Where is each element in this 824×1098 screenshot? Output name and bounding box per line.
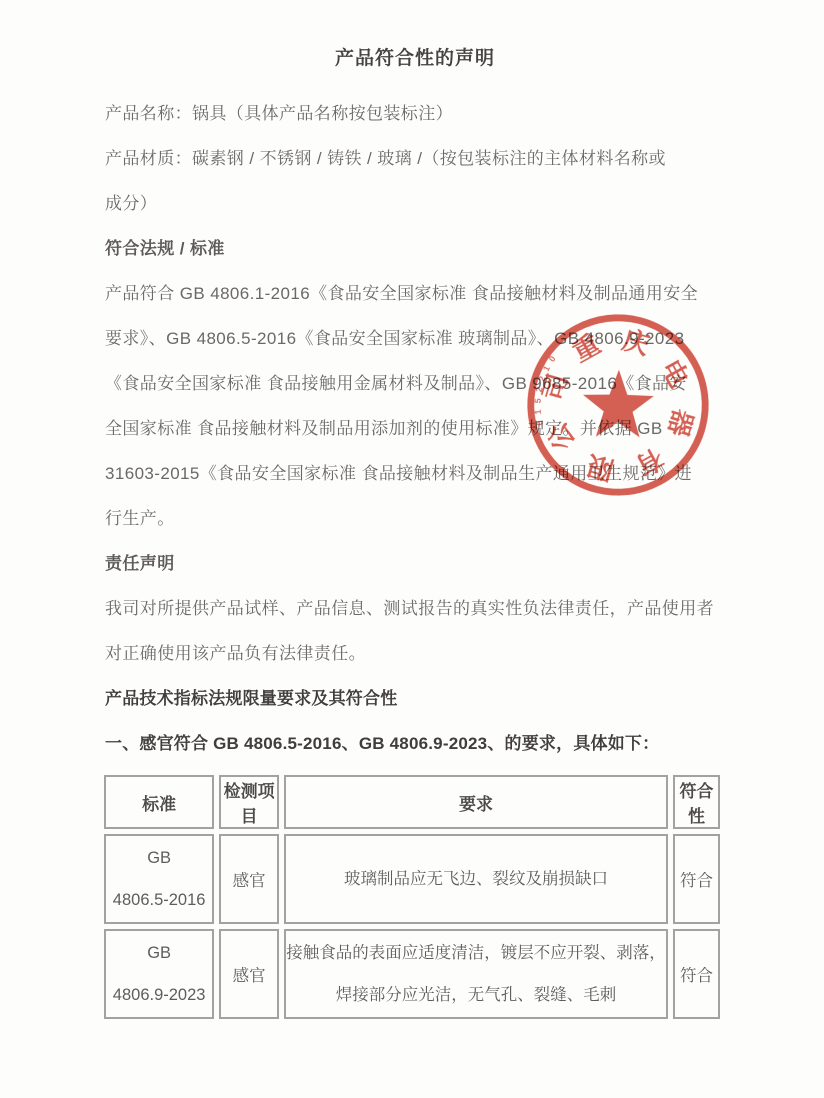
requirement-cell: 接触食品的表面应适度清洁，镀层不应开裂、剥落，焊接部分应光洁，无气孔、裂缝、毛刺	[284, 929, 668, 1019]
doc-body: 产品符合性的声明 产品名称：锅具（具体产品名称按包装标注）产品材质：碳素钢 / …	[105, 36, 725, 1024]
table-header-row: 标准检测项目要求符合性	[104, 775, 720, 829]
standard-cell: GB4806.9-2023	[104, 929, 214, 1019]
table-row: GB4806.5-2016感官玻璃制品应无飞边、裂纹及崩损缺口符合	[104, 834, 720, 924]
section-heading: 责任声明	[105, 541, 725, 586]
section-heading: 产品技术指标法规限量要求及其符合性	[105, 676, 725, 721]
standard-cell: GB4806.5-2016	[104, 834, 214, 924]
table-row: GB4806.9-2023感官接触食品的表面应适度清洁，镀层不应开裂、剥落，焊接…	[104, 929, 720, 1019]
paragraph-line: 行生产。	[105, 496, 725, 541]
paragraph-line: 31603-2015《食品安全国家标准 食品接触材料及制品生产通用卫生规范》进	[105, 451, 725, 496]
paragraph-line: 产品符合 GB 4806.1-2016《食品安全国家标准 食品接触材料及制品通用…	[105, 271, 725, 316]
table-header-cell: 标准	[104, 775, 214, 829]
paragraph-line: 产品材质：碳素钢 / 不锈钢 / 铸铁 / 玻璃 /（按包装标注的主体材料名称或	[105, 136, 725, 181]
conformity-cell: 符合	[673, 929, 720, 1019]
section-heading: 一、感官符合 GB 4806.5-2016、GB 4806.9-2023、的要求…	[105, 721, 725, 766]
test-item-cell: 感官	[219, 834, 279, 924]
paragraph-line: 对正确使用该产品负有法律责任。	[105, 631, 725, 676]
table-header-cell: 符合性	[673, 775, 720, 829]
section-heading: 符合法规 / 标准	[105, 226, 725, 271]
conformity-table: 标准检测项目要求符合性 GB4806.5-2016感官玻璃制品应无飞边、裂纹及崩…	[99, 770, 725, 1024]
requirement-cell: 玻璃制品应无飞边、裂纹及崩损缺口	[284, 834, 668, 924]
paragraph-line: 我司对所提供产品试样、产品信息、测试报告的真实性负法律责任，产品使用者	[105, 586, 725, 631]
paragraph-line: 《食品安全国家标准 食品接触用金属材料及制品》、GB 9685-2016《食品安	[105, 361, 725, 406]
table-body: GB4806.5-2016感官玻璃制品应无飞边、裂纹及崩损缺口符合GB4806.…	[104, 834, 720, 1019]
paragraph-line: 产品名称：锅具（具体产品名称按包装标注）	[105, 91, 725, 136]
table-header-cell: 检测项目	[219, 775, 279, 829]
conformity-cell: 符合	[673, 834, 720, 924]
document-page: 产品符合性的声明 产品名称：锅具（具体产品名称按包装标注）产品材质：碳素钢 / …	[0, 0, 824, 1098]
document-title: 产品符合性的声明	[105, 36, 725, 81]
paragraph-line: 全国家标准 食品接触材料及制品用添加剂的使用标准》规定。并依据 GB	[105, 406, 725, 451]
paragraph-line: 要求》、GB 4806.5-2016《食品安全国家标准 玻璃制品》、GB 480…	[105, 316, 725, 361]
test-item-cell: 感官	[219, 929, 279, 1019]
table-header-cell: 要求	[284, 775, 668, 829]
paragraph-line: 成分）	[105, 181, 725, 226]
doc-blocks: 产品名称：锅具（具体产品名称按包装标注）产品材质：碳素钢 / 不锈钢 / 铸铁 …	[105, 91, 725, 766]
